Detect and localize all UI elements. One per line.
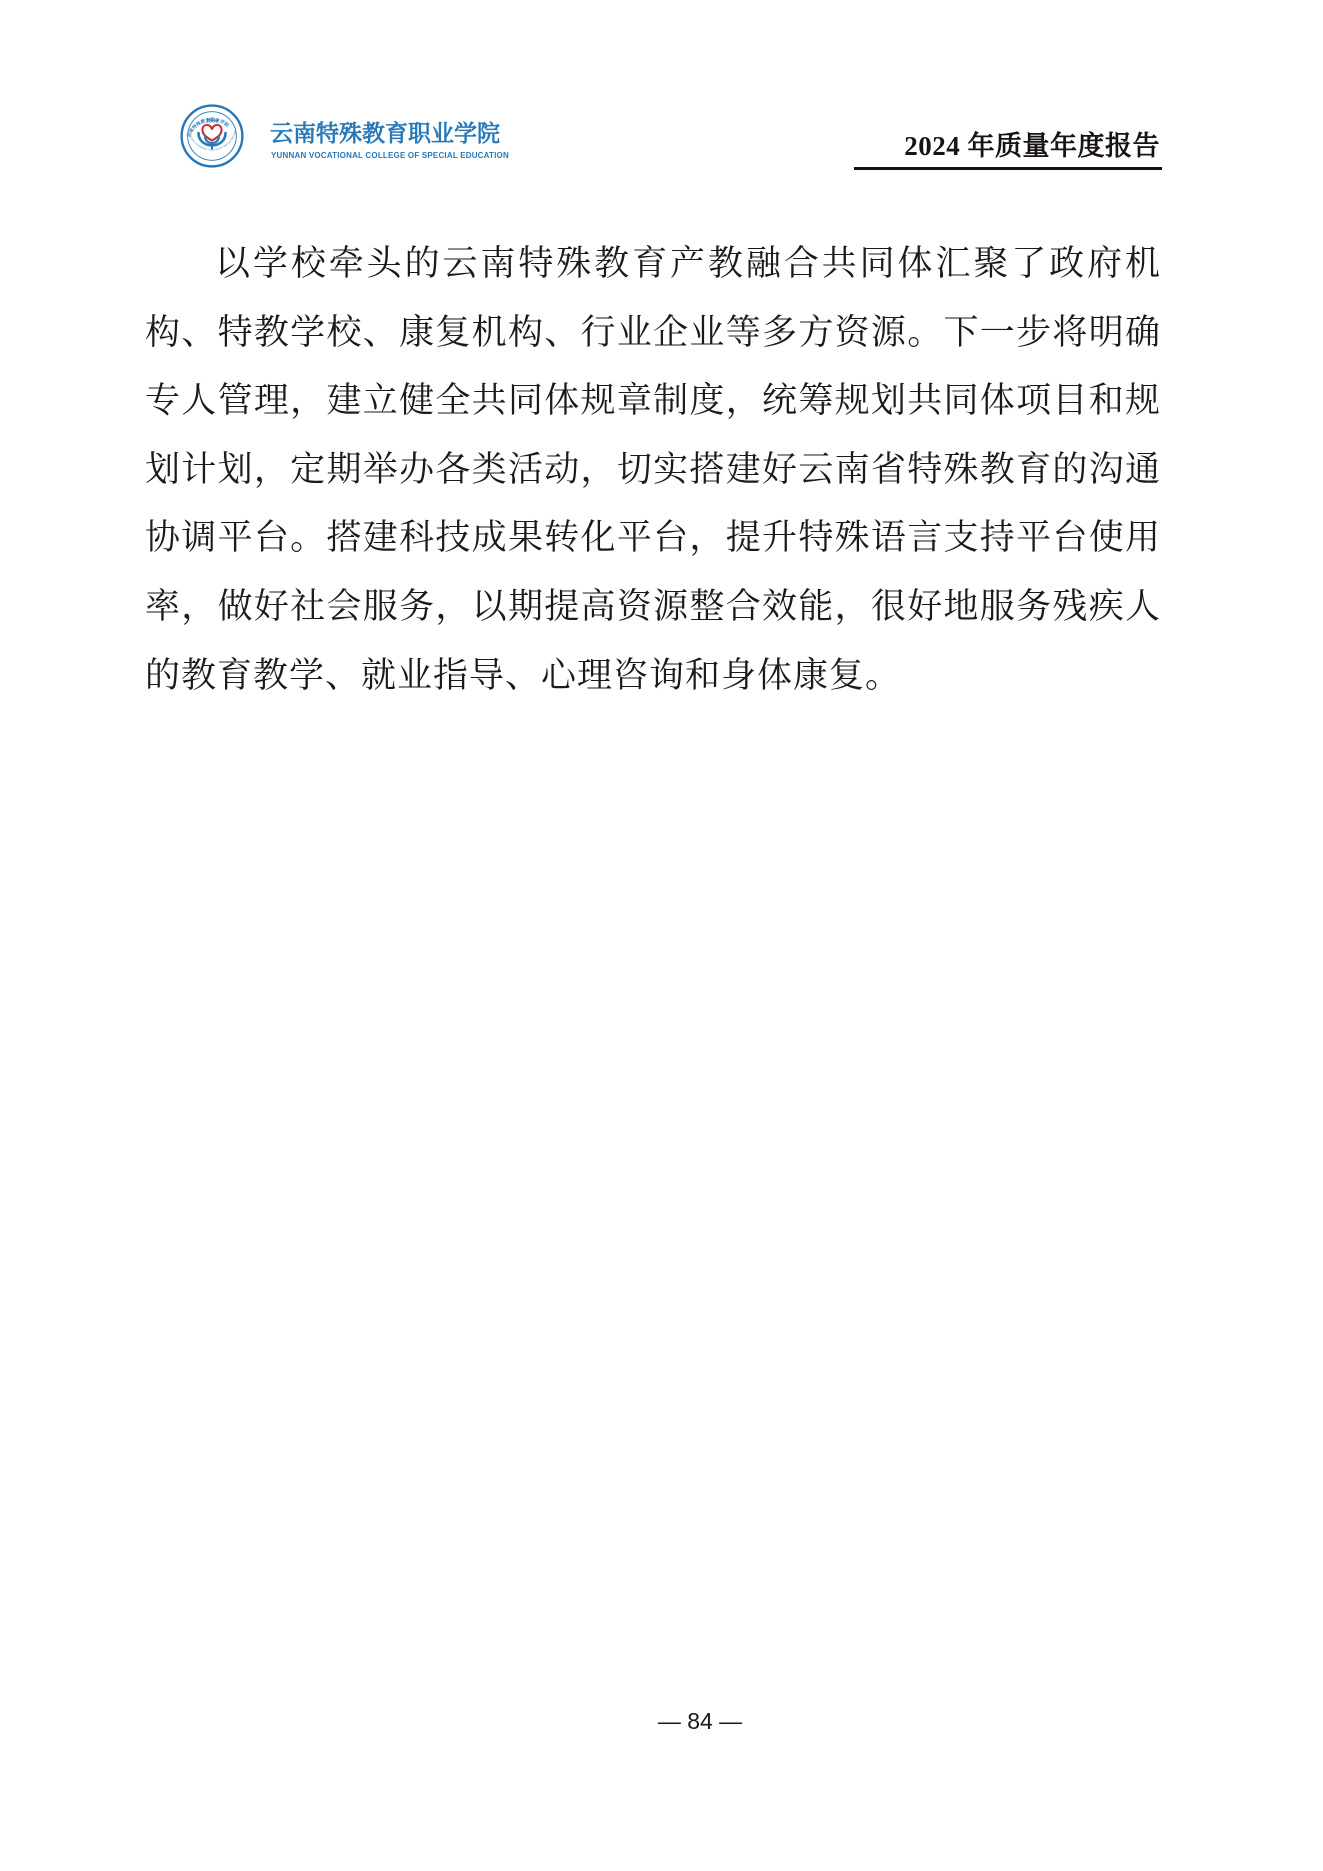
document-page: 云南特殊教育职业学院 YUNNAN VOCATIONAL COLLEGE OF … (0, 0, 1323, 1871)
paragraph-line: 专人管理，建立健全共同体规章制度，统筹规划共同体项目和规 (145, 367, 1161, 436)
body-paragraph: 以学校牵头的云南特殊教育产教融合共同体汇聚了政府机 构、特教学校、康复机构、行业… (145, 230, 1161, 710)
paragraph-line: 以学校牵头的云南特殊教育产教融合共同体汇聚了政府机 (145, 230, 1161, 299)
paragraph-line: 构、特教学校、康复机构、行业企业等多方资源。下一步将明确 (145, 299, 1161, 368)
paragraph-line: 协调平台。搭建科技成果转化平台，提升特殊语言支持平台使用 (145, 504, 1161, 573)
logo-year-label: 1990 (206, 119, 218, 125)
college-logo-icon: 云南特殊教育职业学院 YUNNAN VOCATIONAL COLLEGE OF … (180, 104, 244, 168)
page-number: — 84 — (640, 1708, 760, 1735)
paragraph-line: 的教育教学、就业指导、心理咨询和身体康复。 (145, 642, 1161, 711)
report-title: 2024 年质量年度报告 (904, 124, 1160, 163)
paragraph-line: 率，做好社会服务，以期提高资源整合效能，很好地服务残疾人 (145, 573, 1161, 642)
paragraph-line: 划计划，定期举办各类活动，切实搭建好云南省特殊教育的沟通 (145, 436, 1161, 505)
college-name-english: YUNNAN VOCATIONAL COLLEGE OF SPECIAL EDU… (271, 151, 501, 160)
college-name-chinese: 云南特殊教育职业学院 (270, 115, 500, 148)
header-rule (854, 167, 1162, 170)
